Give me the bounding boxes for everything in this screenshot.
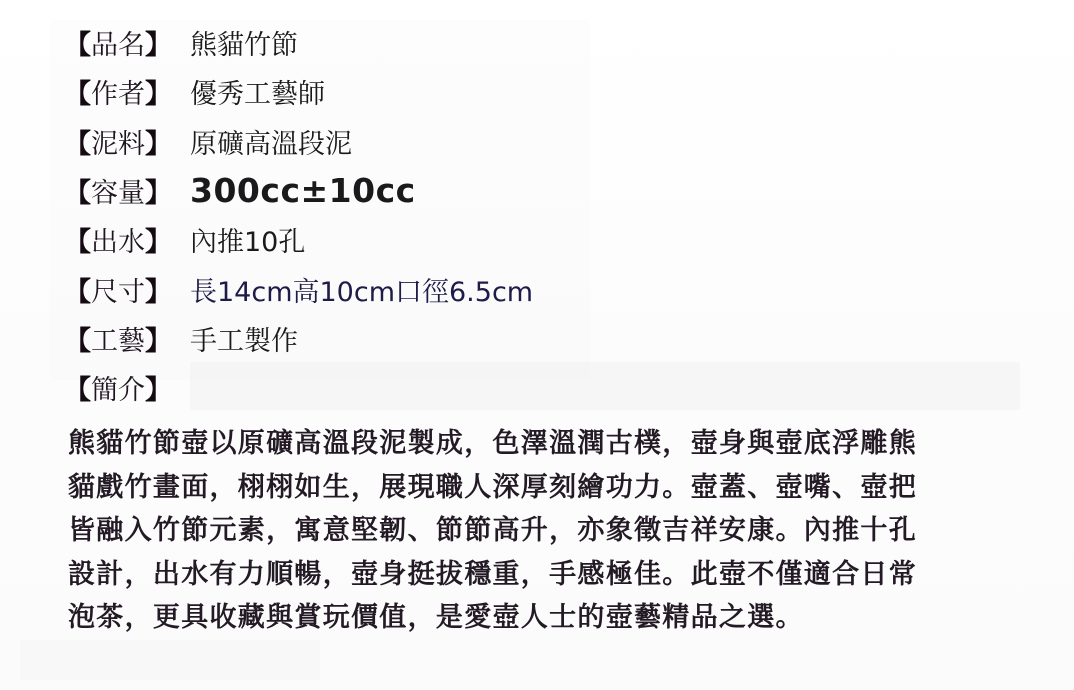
spec-label-text: 品名 — [91, 30, 145, 61]
spec-value-author: 優秀工藝師 — [190, 72, 325, 111]
spec-label: 【工藝】 — [64, 319, 190, 358]
bracket-open: 【 — [64, 79, 91, 110]
bracket-close: 】 — [145, 30, 172, 61]
spec-label: 【作者】 — [64, 72, 190, 111]
spec-row-dimensions: 【尺寸】 長14cm高10cm口徑6.5cm — [64, 264, 533, 313]
spec-row-name: 【品名】 熊貓竹節 — [64, 18, 533, 67]
spec-list: 【品名】 熊貓竹節 【作者】 優秀工藝師 【泥料】 原礦高溫段泥 【容量】 30… — [64, 18, 533, 412]
bracket-close: 】 — [145, 129, 172, 160]
bracket-open: 【 — [64, 277, 91, 308]
bracket-close: 】 — [145, 227, 172, 258]
bracket-open: 【 — [64, 227, 91, 258]
bracket-close: 】 — [145, 277, 172, 308]
bracket-close: 】 — [145, 326, 172, 357]
scan-noise-patch — [20, 640, 320, 680]
bracket-close: 】 — [145, 375, 172, 406]
bracket-open: 【 — [64, 30, 91, 61]
spec-label: 【尺寸】 — [64, 270, 190, 309]
bracket-close: 】 — [145, 79, 172, 110]
product-spec-sheet: 【品名】 熊貓竹節 【作者】 優秀工藝師 【泥料】 原礦高溫段泥 【容量】 30… — [0, 0, 1074, 690]
spec-label: 【泥料】 — [64, 122, 190, 161]
spec-label-text: 泥料 — [91, 129, 145, 160]
spec-row-craft: 【工藝】 手工製作 — [64, 314, 533, 363]
spec-row-clay: 【泥料】 原礦高溫段泥 — [64, 117, 533, 166]
spec-row-capacity: 【容量】 300cc±10cc — [64, 166, 533, 215]
spec-value-clay: 原礦高溫段泥 — [190, 122, 352, 161]
bracket-open: 【 — [64, 326, 91, 357]
spec-label-text: 容量 — [91, 178, 145, 209]
spec-row-author: 【作者】 優秀工藝師 — [64, 67, 533, 116]
spec-row-spout: 【出水】 內推10孔 — [64, 215, 533, 264]
spec-label-text: 工藝 — [91, 326, 145, 357]
bracket-open: 【 — [64, 375, 91, 406]
intro-line: 熊貓竹節壺以原礦高溫段泥製成，色澤溫潤古樸，壺身與壺底浮雕熊 — [68, 422, 1028, 466]
spec-label: 【容量】 — [64, 171, 190, 210]
intro-paragraph: 熊貓竹節壺以原礦高溫段泥製成，色澤溫潤古樸，壺身與壺底浮雕熊 貓戲竹畫面，栩栩如… — [68, 422, 1028, 640]
spec-label: 【出水】 — [64, 220, 190, 259]
spec-value-dimensions: 長14cm高10cm口徑6.5cm — [190, 270, 533, 309]
spec-label: 【簡介】 — [64, 368, 190, 407]
spec-value-name: 熊貓竹節 — [190, 23, 298, 62]
intro-line: 皆融入竹節元素，寓意堅韌、節節高升，亦象徵吉祥安康。內推十孔 — [68, 509, 1028, 553]
intro-line: 泡茶，更具收藏與賞玩價值，是愛壺人士的壺藝精品之選。 — [68, 596, 1028, 640]
spec-row-intro-heading: 【簡介】 — [64, 363, 533, 412]
bracket-close: 】 — [145, 178, 172, 209]
bracket-open: 【 — [64, 129, 91, 160]
intro-line: 貓戲竹畫面，栩栩如生，展現職人深厚刻繪功力。壺蓋、壺嘴、壺把 — [68, 466, 1028, 510]
spec-value-spout: 內推10孔 — [190, 220, 305, 259]
spec-label-text: 尺寸 — [91, 277, 145, 308]
spec-label-text: 作者 — [91, 79, 145, 110]
spec-label: 【品名】 — [64, 23, 190, 62]
intro-line: 設計，出水有力順暢，壺身挺拔穩重，手感極佳。此壺不僅適合日常 — [68, 553, 1028, 597]
spec-value-capacity: 300cc±10cc — [190, 171, 416, 210]
spec-value-craft: 手工製作 — [190, 319, 298, 358]
spec-label-text: 簡介 — [91, 375, 145, 406]
bracket-open: 【 — [64, 178, 91, 209]
spec-label-text: 出水 — [91, 227, 145, 258]
